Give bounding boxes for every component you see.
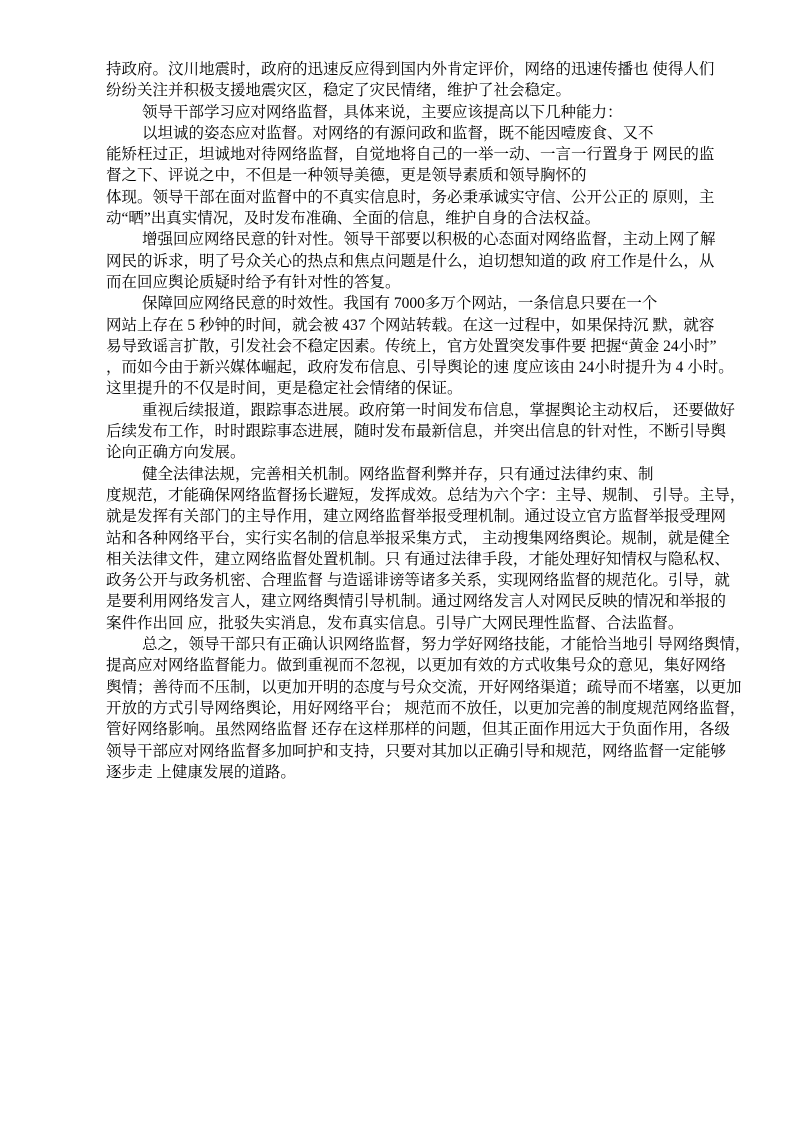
text-line: 是要利用网络发言人，建立网络舆情引导机制。通过网络发言人对网民反映的情况和举报的: [106, 591, 712, 612]
text-line: 度规范，才能确保网络监督扬长避短，发挥成效。总结为六个字：主导、规制、 引导。主…: [106, 485, 712, 506]
text-line: 网站上存在 5 秒钟的时间，就会被 437 个网站转载。在这一过程中，如果保持沉…: [106, 315, 712, 336]
text-line: 政务公开与政务机密、合理监督 与造谣诽谤等诸多关系，实现网络监督的规范化。引导，…: [106, 570, 712, 591]
text-line: 后续发布工作，时时跟踪事态进展，随时发布最新信息，并突出信息的针对性，不断引导舆: [106, 421, 712, 442]
text-line: 论向正确方向发展。: [106, 442, 712, 463]
text-line: ，而如今由于新兴媒体崛起，政府发布信息、引导舆论的速 度应该由 24小时提升为 …: [106, 357, 712, 378]
text-line: 开放的方式引导网络舆论，用好网络平台； 规范而不放任，以更加完善的制度规范网络监…: [106, 698, 712, 719]
text-line: 纷纷关注并积极支援地震灾区，稳定了灾民情绪，维护了社会稳定。: [106, 80, 712, 101]
text-line: 提高应对网络监督能力。做到重视而不忽视，以更加有效的方式收集号众的意见，集好网络: [106, 655, 712, 676]
text-line: 领导干部学习应对网络监督，具体来说，主要应该提高以下几种能力：: [106, 102, 712, 123]
text-line: 逐步走 上健康发展的道路。: [106, 762, 712, 783]
text-line: 增强回应网络民意的针对性。领导干部要以积极的心态面对网络监督，主动上网了解: [106, 229, 712, 250]
text-line: 以坦诚的姿态应对监督。对网络的有源问政和监督，既不能因噎废食、又不: [106, 123, 712, 144]
text-line: 站和各种网络平台，实行实名制的信息举报采集方式， 主动搜集网络舆论。规制，就是健…: [106, 528, 712, 549]
text-line: 能矫枉过正，坦诚地对待网络监督，自觉地将自己的一举一动、一言一行置身于 网民的监: [106, 144, 712, 165]
text-line: 网民的诉求，明了号众关心的热点和焦点问题是什么，迫切想知道的政 府工作是什么，从: [106, 251, 712, 272]
text-line: 体现。领导干部在面对监督中的不真实信息时，务必秉承诚实守信、公开公正的 原则，主: [106, 187, 712, 208]
document-page: { "page": { "background_color": "#ffffff…: [0, 0, 794, 1123]
text-line: 舆情；善待而不压制，以更加开明的态度与号众交流，开好网络渠道；疏导而不堵塞，以更…: [106, 677, 712, 698]
text-line: 重视后续报道，跟踪事态进展。政府第一时间发布信息，掌握舆论主动权后， 还要做好: [106, 400, 712, 421]
text-line: 持政府。汶川地震时，政府的迅速反应得到国内外肯定评价，网络的迅速传播也 使得人们: [106, 59, 712, 80]
text-line: 督之下、评说之中，不但是一种领导美德，更是领导素质和领导胸怀的: [106, 165, 712, 186]
text-line: 动“晒”出真实情况，及时发布准确、全面的信息，维护自身的合法权益。: [106, 208, 712, 229]
document-text-block: 持政府。汶川地震时，政府的迅速反应得到国内外肯定评价，网络的迅速传播也 使得人们…: [106, 59, 712, 783]
text-line: 案件作出回 应，批驳失实消息，发布真实信息。引导广大网民理性监督、合法监督。: [106, 613, 712, 634]
text-line: 健全法律法规，完善相关机制。网络监督利弊并存，只有通过法律约束、制: [106, 464, 712, 485]
text-line: 就是发挥有关部门的主导作用，建立网络监督举报受理机制。通过设立官方监督举报受理网: [106, 506, 712, 527]
text-line: 易导致谣言扩散，引发社会不稳定因素。传统上，官方处置突发事件要 把握“黄金 24…: [106, 336, 712, 357]
text-line: 总之，领导干部只有正确认识网络监督，努力学好网络技能，才能恰当地引 导网络舆情，: [106, 634, 712, 655]
text-line: 而在回应舆论质疑时给予有针对性的答复。: [106, 272, 712, 293]
text-line: 管好网络影响。虽然网络监督 还存在这样那样的问题，但其正面作用远大于负面作用，各…: [106, 719, 712, 740]
text-line: 这里提升的不仅是时间，更是稳定社会情绪的保证。: [106, 378, 712, 399]
text-line: 领导干部应对网络监督多加呵护和支持，只要对其加以正确引导和规范，网络监督一定能够: [106, 741, 712, 762]
page-background: 持政府。汶川地震时，政府的迅速反应得到国内外肯定评价，网络的迅速传播也 使得人们…: [0, 0, 794, 1123]
text-line: 相关法律文件，建立网络监督处置机制。只 有通过法律手段，才能处理好知情权与隐私权…: [106, 549, 712, 570]
text-line: 保障回应网络民意的时效性。我国有 7000多万个网站，一条信息只要在一个: [106, 293, 712, 314]
